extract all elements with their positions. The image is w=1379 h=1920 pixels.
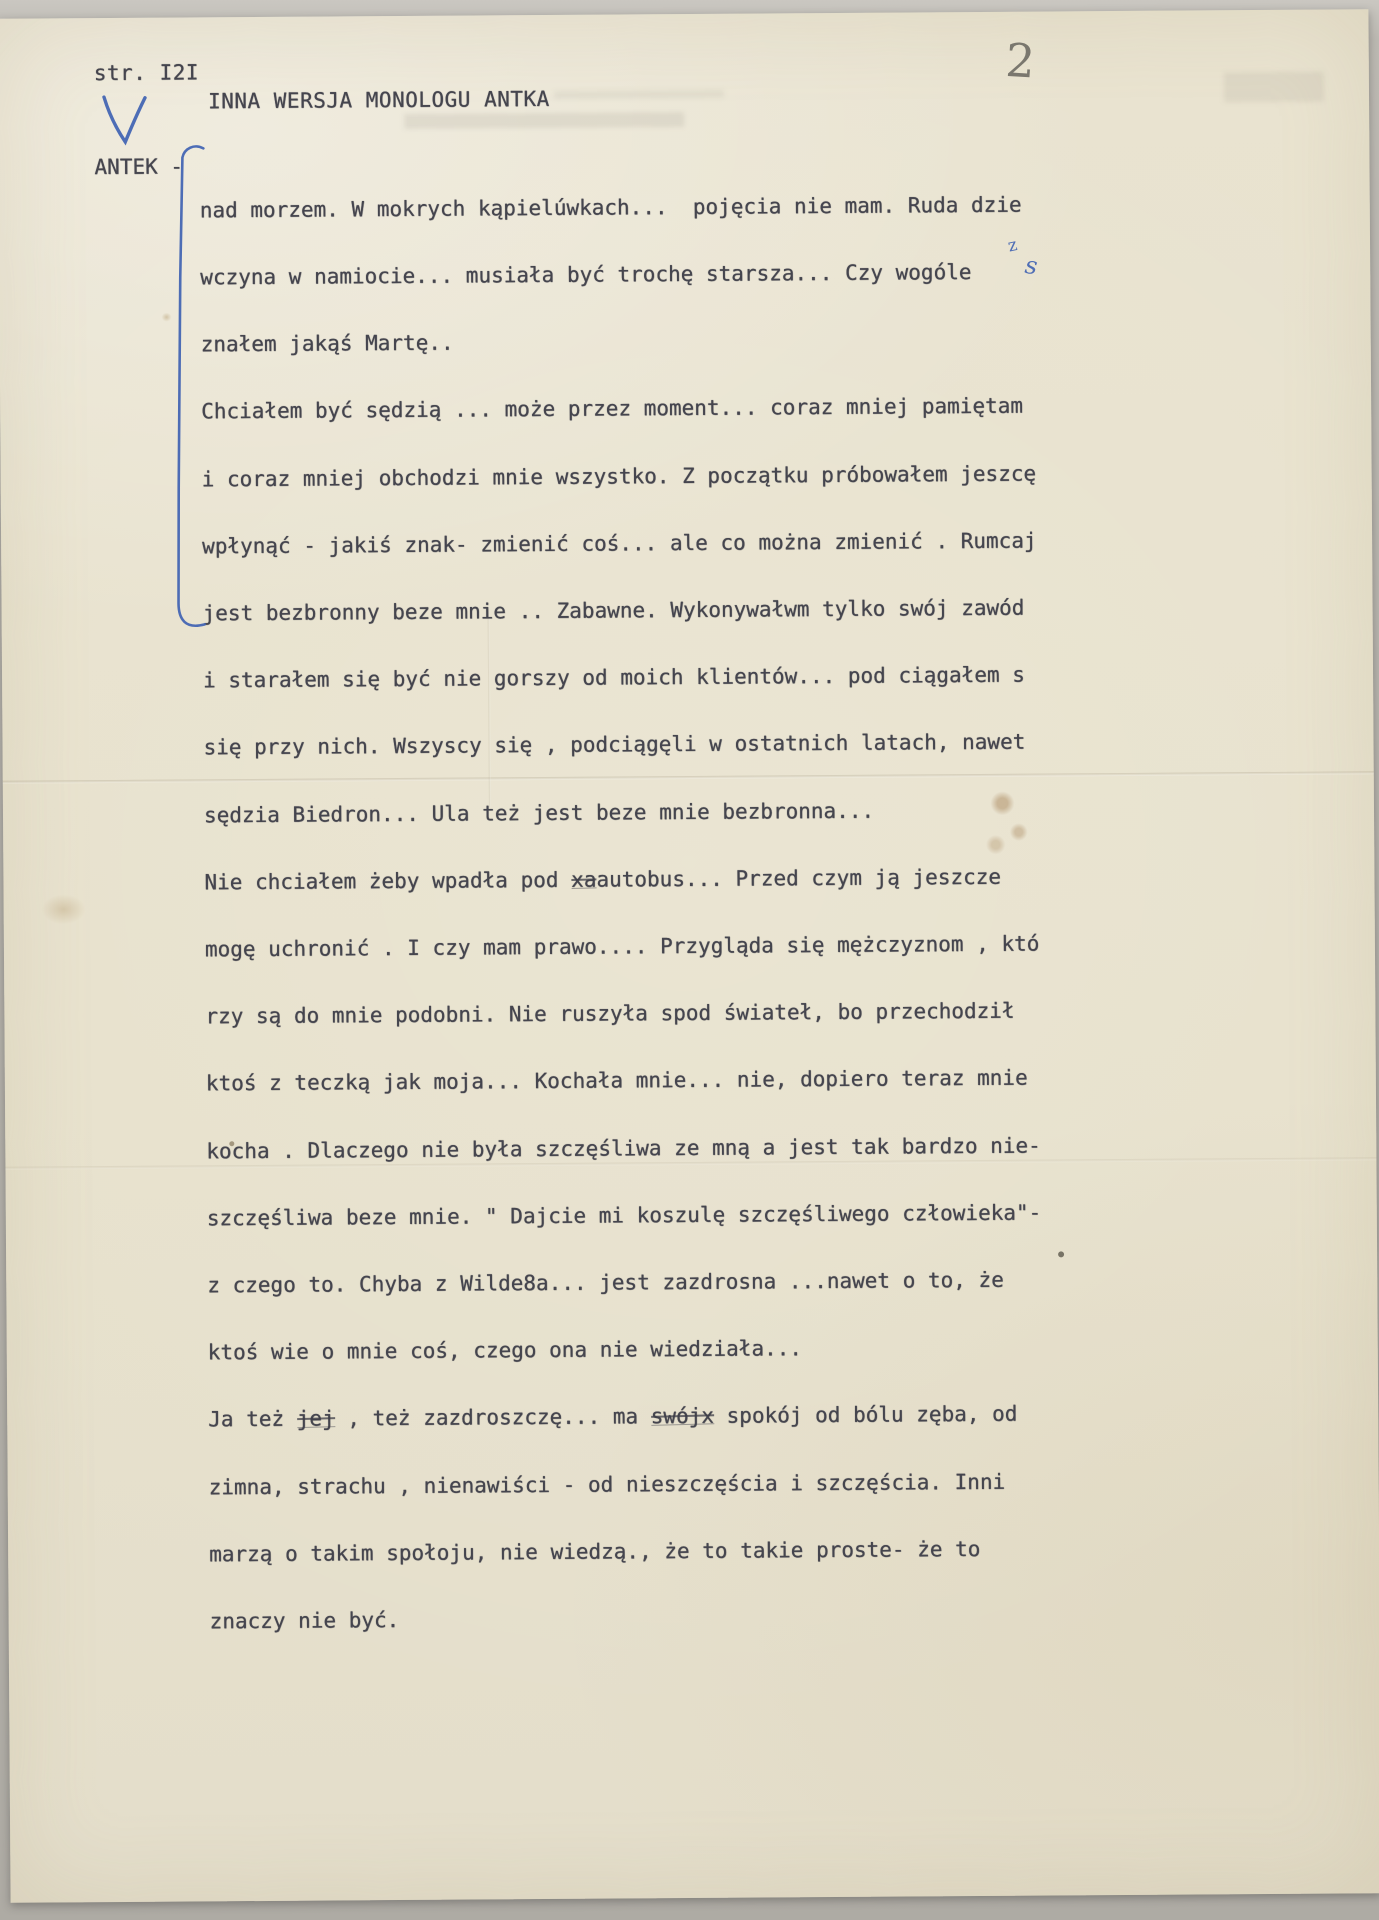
- checkmark-pen-stroke: [104, 97, 145, 142]
- paper-smudge: [42, 894, 86, 924]
- text-line: wczyna w namiocie... musiała być trochę …: [200, 261, 1035, 289]
- text-line: ktoś wie o mnie coś, czego ona nie wiedz…: [208, 1336, 1043, 1364]
- text-line: rzy są do mnie podobni. Nie ruszyła spod…: [205, 1000, 1040, 1028]
- text-line: i starałem się być nie gorszy od moich k…: [203, 664, 1038, 692]
- text-line: i coraz mniej obchodzi mnie wszystko. Z …: [202, 462, 1037, 490]
- ghost-typing-impression: [404, 112, 684, 129]
- text-line: znaczy nie być.: [210, 1605, 1045, 1633]
- text-line: znałem jakąś Martę..: [201, 328, 1036, 356]
- handwritten-page-number: 2: [1004, 33, 1037, 89]
- page-reference: str. I2I: [94, 60, 199, 85]
- scanned-typescript-page: str. I2I INNA WERSJA MONOLOGU ANTKA 2 AN…: [0, 0, 1379, 1920]
- pen-inserted-letter: s: [1023, 251, 1039, 280]
- text-line: nad morzem. W mokrych kąpielúwkach... po…: [200, 193, 1035, 221]
- paper-sheet: str. I2I INNA WERSJA MONOLOGU ANTKA 2 AN…: [0, 9, 1379, 1903]
- text-line: się przy nich. Wszyscy się , podciągęli …: [203, 731, 1038, 759]
- text-line: sędzia Biedron... Ula też jest beze mnie…: [204, 798, 1039, 826]
- text-line: Nie chciałem żeby wpadła pod xaautobus..…: [204, 865, 1039, 893]
- text-line: Ja też jej , też zazdroszczę... ma swójx…: [208, 1403, 1043, 1431]
- text-line: z czego to. Chyba z Wilde8a... jest zazd…: [207, 1269, 1042, 1297]
- text-line: jest bezbronny beze mnie .. Zabawne. Wyk…: [203, 597, 1038, 625]
- speaker-label: ANTEK -: [94, 155, 183, 180]
- paper-spot: [161, 313, 171, 322]
- text-line: Chciałem być sędzią ... może przez momen…: [201, 395, 1036, 423]
- text-line: szczęśliwa beze mnie. " Dajcie mi koszul…: [207, 1201, 1042, 1229]
- text-line: zimna, strachu , nienawiści - od nieszcz…: [209, 1470, 1044, 1498]
- text-line: ktoś z teczką jak moja... Kochała mnie..…: [206, 1067, 1041, 1095]
- ink-speck: [1058, 1251, 1064, 1257]
- text-line: wpłynąć - jakiś znak- zmienić coś... ale…: [202, 529, 1037, 557]
- monologue-text: nad morzem. W mokrych kąpielúwkach... po…: [199, 149, 1044, 1678]
- document-title: INNA WERSJA MONOLOGU ANTKA: [208, 87, 550, 113]
- text-line: mogę uchronić . I czy mam prawo.... Przy…: [205, 933, 1040, 961]
- text-line: kocha . Dlaczego nie była szczęśliwa ze …: [206, 1134, 1041, 1162]
- ghost-typing-impression: [554, 90, 724, 99]
- ghost-typing-impression: [1224, 72, 1324, 103]
- text-line: marzą o takim społoju, nie wiedzą., że t…: [209, 1537, 1044, 1565]
